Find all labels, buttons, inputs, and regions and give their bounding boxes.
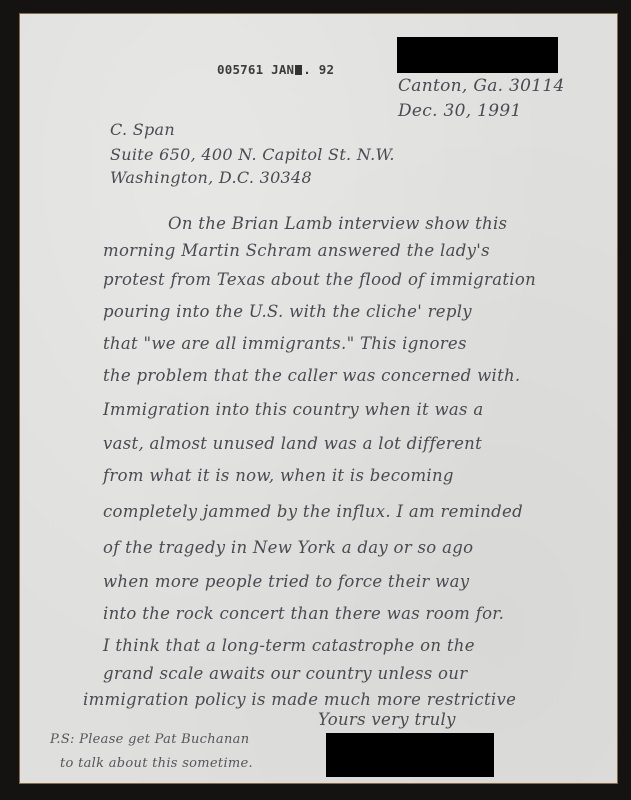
body-line: On the Brian Lamb interview show this	[168, 214, 507, 233]
body-line: protest from Texas about the flood of im…	[103, 270, 536, 289]
recipient-name: C. Span	[110, 120, 175, 139]
closing: Yours very truly	[318, 710, 456, 729]
body-line: Immigration into this country when it wa…	[103, 400, 484, 419]
body-line: I think that a long-term catastrophe on …	[103, 636, 475, 655]
body-line: pouring into the U.S. with the cliche' r…	[103, 302, 472, 321]
body-line: of the tragedy in New York a day or so a…	[103, 538, 473, 557]
body-line: when more people tried to force their wa…	[103, 572, 469, 591]
stamp-number: 005761	[217, 62, 263, 77]
body-line: vast, almost unused land was a lot diffe…	[103, 434, 482, 453]
body-line: the problem that the caller was concerne…	[103, 366, 520, 385]
sender-location: Canton, Ga. 30114	[398, 76, 565, 96]
redaction-signature	[326, 733, 494, 777]
letter-date: Dec. 30, 1991	[398, 101, 522, 121]
postscript-line1: P.S: Please get Pat Buchanan	[50, 732, 249, 747]
body-line: grand scale awaits our country unless ou…	[103, 664, 467, 683]
received-stamp: 005761 JAN. 92	[217, 62, 334, 77]
stamp-month: JAN	[271, 62, 294, 77]
body-line: that "we are all immigrants." This ignor…	[103, 334, 467, 353]
postscript-line2: to talk about this sometime.	[60, 756, 253, 771]
stamp-year: . 92	[303, 62, 334, 77]
recipient-address-line1: Suite 650, 400 N. Capitol St. N.W.	[110, 145, 395, 164]
recipient-address-line2: Washington, D.C. 30348	[110, 168, 312, 187]
body-line: morning Martin Schram answered the lady'…	[103, 241, 490, 260]
body-line: completely jammed by the influx. I am re…	[103, 502, 523, 521]
stamp-redacted-digit	[295, 65, 302, 75]
redaction-sender-name	[397, 37, 558, 73]
body-line: into the rock concert than there was roo…	[103, 604, 504, 623]
body-line: immigration policy is made much more res…	[83, 690, 516, 709]
body-line: from what it is now, when it is becoming	[103, 466, 454, 485]
